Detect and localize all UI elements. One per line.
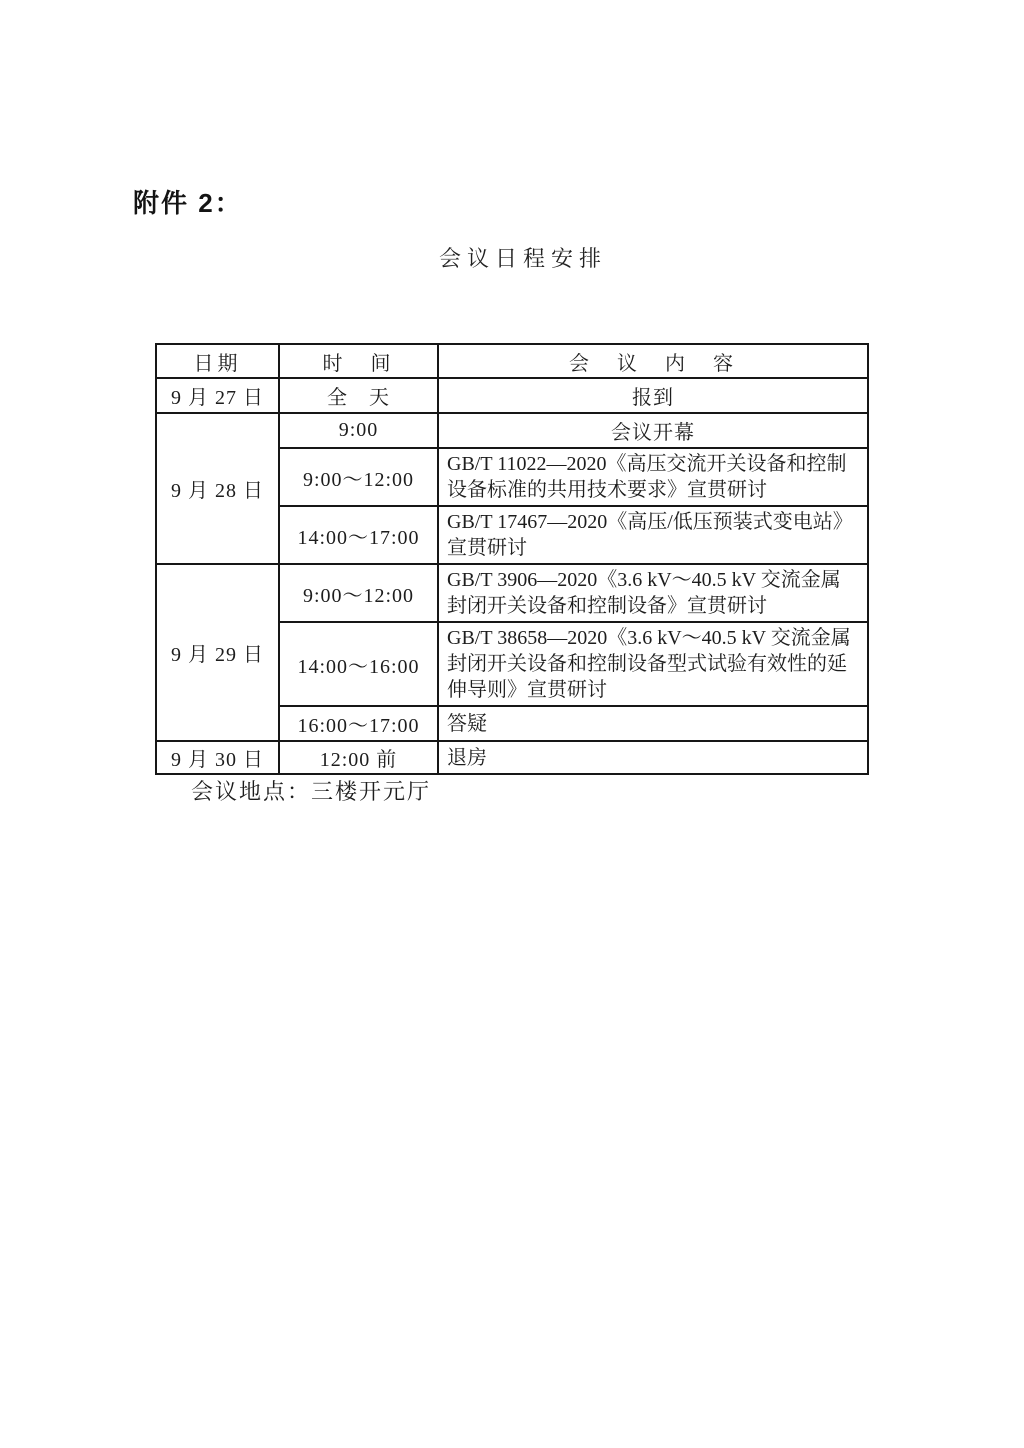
cell-content: 退房 [438,741,868,774]
cell-time: 全 天 [279,378,438,413]
document-page: 附件 2： 会议日程安排 日期 时 间 会 议 内 容 9 月 27 日 全 天… [0,0,1024,1448]
table-row: 9 月 28 日 9:00 会议开幕 [156,413,868,448]
cell-content: 答疑 [438,706,868,741]
table-row: 9 月 30 日 12:00 前 退房 [156,741,868,774]
col-header-content: 会 议 内 容 [438,344,868,378]
cell-content: GB/T 17467—2020《高压/低压预装式变电站》宣贯研讨 [438,506,868,564]
schedule-table: 日期 时 间 会 议 内 容 9 月 27 日 全 天 报到 9 月 28 日 … [155,343,869,775]
cell-content: GB/T 3906—2020《3.6 kV～40.5 kV 交流金属封闭开关设备… [438,564,868,622]
cell-time: 14:00～16:00 [279,622,438,706]
col-header-time: 时 间 [279,344,438,378]
cell-time: 14:00～17:00 [279,506,438,564]
meeting-location-note: 会议地点：三楼开元厅 [191,775,431,806]
cell-date: 9 月 30 日 [156,741,279,774]
cell-time: 9:00～12:00 [279,448,438,506]
cell-content: GB/T 38658—2020《3.6 kV～40.5 kV 交流金属封闭开关设… [438,622,868,706]
col-header-date: 日期 [156,344,279,378]
document-title: 会议日程安排 [0,242,1024,273]
table-row: 9 月 29 日 9:00～12:00 GB/T 3906—2020《3.6 k… [156,564,868,622]
cell-content: 会议开幕 [438,413,868,448]
cell-time: 9:00～12:00 [279,564,438,622]
cell-content: GB/T 11022—2020《高压交流开关设备和控制设备标准的共用技术要求》宣… [438,448,868,506]
cell-date: 9 月 27 日 [156,378,279,413]
cell-content: 报到 [438,378,868,413]
table-header-row: 日期 时 间 会 议 内 容 [156,344,868,378]
cell-date: 9 月 28 日 [156,413,279,564]
cell-time: 9:00 [279,413,438,448]
attachment-label: 附件 2： [133,183,243,220]
cell-time: 16:00～17:00 [279,706,438,741]
cell-date: 9 月 29 日 [156,564,279,741]
table-row: 9 月 27 日 全 天 报到 [156,378,868,413]
cell-time: 12:00 前 [279,741,438,774]
